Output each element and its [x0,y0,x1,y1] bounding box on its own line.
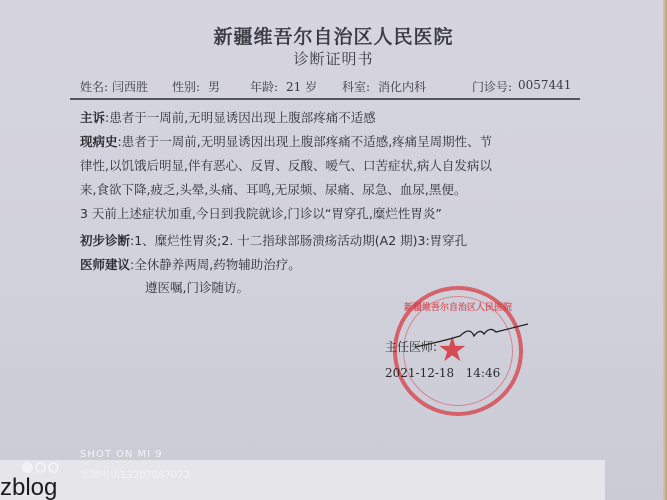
present-history-label: 现病史 [80,134,118,149]
patient-name: 闫西胜 [112,78,148,95]
age-label: 年龄: [250,78,278,95]
stamp-text: 新疆维吾尔自治区人民医院 [397,300,519,313]
divider [70,98,580,100]
dept-label: 科室: [342,78,370,95]
phone-watermark: 定制电话13207887073 [80,466,190,481]
gender-label: 性别: [172,78,200,95]
dot-icon [48,462,59,473]
diagnosis-certificate: 新疆维吾尔自治区人民医院 诊断证明书 姓名: 闫西胜 性别: 男 年龄: 21 … [0,0,667,500]
diagnosis-text: :1、糜烂性胃炎;2. 十二指球部肠溃疡活动期(A2 期)3:胃穿孔 [130,233,467,248]
sign-time: 14:46 [466,366,501,380]
chief-complaint-text: :患者于一周前,无明显诱因出现上腹部疼痛不适感 [105,110,376,125]
hospital-name: 新疆维吾尔自治区人民医院 [0,22,667,49]
advice: 医师建议:全休静养两周,药物辅助治疗。 [80,255,301,273]
document-title: 诊断证明书 [0,48,667,69]
clinic-no-label: 门诊号: [472,78,512,95]
present-history-line: :患者于一周前,无明显诱因出现上腹部疼痛不适感,疼痛呈周期性、节 [118,134,493,149]
advice-label: 医师建议 [80,257,130,272]
chief-complaint-label: 主诉 [80,110,105,125]
age-value: 21 岁 [286,78,317,95]
present-history: 现病史:患者于一周前,无明显诱因出现上腹部疼痛不适感,疼痛呈周期性、节 [80,132,492,150]
patient-name-label: 姓名: [80,78,108,95]
sign-datetime: 2021-12-18 14:46 [385,366,500,380]
chief-complaint: 主诉:患者于一周前,无明显诱因出现上腹部疼痛不适感 [80,108,376,126]
dot-icon [22,462,33,473]
dept-value: 消化内科 [378,78,426,95]
patient-info-row: 姓名: 闫西胜 性别: 男 年龄: 21 岁 科室: 消化内科 门诊号: 005… [80,76,570,96]
gender-value: 男 [208,78,220,95]
photo-edge [663,0,667,500]
present-history-line: 3 天前上述症状加重,今日到我院就诊,门诊以“胃穿孔,糜烂性胃炎” [80,204,442,222]
clinic-no-value: 0057441 [518,78,571,92]
camera-watermark: SHOT ON MI 9 [80,449,163,460]
advice-line2: 遵医嘱,门诊随访。 [145,278,249,296]
diagnosis-label: 初步诊断 [80,233,130,248]
present-history-line: 来,食欲下降,疲乏,头晕,头痛、耳鸣,无尿频、尿痛、尿急、血尿,黑便。 [80,180,466,198]
advice-text: :全休静养两周,药物辅助治疗。 [130,257,301,272]
sign-date: 2021-12-18 [385,366,454,380]
dot-icon [35,462,46,473]
present-history-line: 律性,以饥饿后明显,伴有恶心、反胃、反酸、嗳气、口苦症状,病人自发病以 [80,156,492,174]
site-watermark: zblog [0,474,57,500]
diagnosis: 初步诊断:1、糜烂性胃炎;2. 十二指球部肠溃疡活动期(A2 期)3:胃穿孔 [80,231,467,249]
doctor-label: 主任医师: [385,338,437,355]
